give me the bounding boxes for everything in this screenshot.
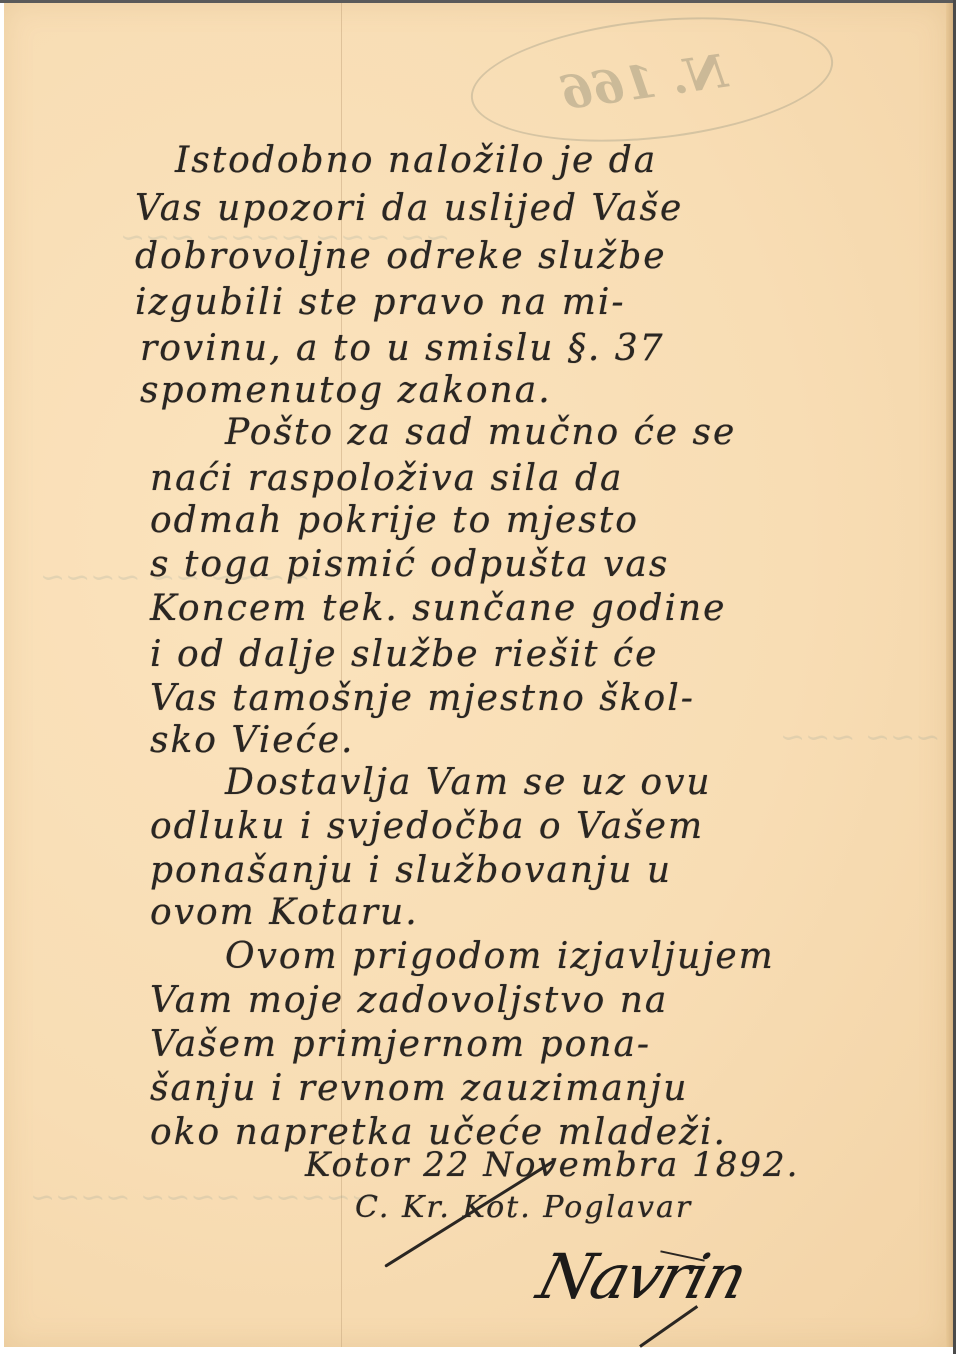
body-line: Pošto za sad mučno će se xyxy=(225,412,736,453)
body-line: Koncem tek. sunčane godine xyxy=(150,588,726,629)
body-line: odmah pokrije to mjesto xyxy=(150,500,639,541)
body-line: ovom Kotaru. xyxy=(150,892,419,933)
official-title: C. Kr. Kot. Poglavar xyxy=(355,1190,692,1225)
body-line: Vas tamošnje mjestno škol- xyxy=(150,678,695,719)
body-line: Vašem primjernom pona- xyxy=(150,1024,651,1065)
bleed-through-text: ~~~ ~~~ xyxy=(780,720,940,755)
body-line: dobrovoljne odreke službe xyxy=(135,236,667,277)
body-line: Vas upozori da uslijed Vaše xyxy=(135,188,683,229)
body-line: odluku i svjedočba o Vašem xyxy=(150,806,704,847)
body-line: šanju i revnom zauzimanju xyxy=(150,1068,688,1109)
body-line: Vam moje zadovoljstvo na xyxy=(150,980,668,1021)
body-line: i od dalje službe riešit će xyxy=(150,634,658,675)
place-and-date: Kotor 22 Novembra 1892. xyxy=(305,1145,799,1185)
body-line: ponašanju i službovanju u xyxy=(150,850,672,891)
body-line: izgubili ste pravo na mi- xyxy=(135,282,626,323)
bleed-through-text: ~~~~~ ~~~~ ~~~~ xyxy=(30,1180,376,1215)
body-line: Istodobno naložilo je da xyxy=(175,140,657,181)
body-line: Ovom prigodom izjavljujem xyxy=(225,936,775,977)
body-line: spomenutog zakona. xyxy=(140,370,552,411)
body-line: Dostavlja Vam se uz ovu xyxy=(225,762,712,803)
body-line: naći raspoloživa sila da xyxy=(150,458,623,499)
body-line: rovinu, a to u smislu §. 37 xyxy=(140,328,665,369)
signature: Navrin xyxy=(530,1240,753,1313)
body-line: sko Vieće. xyxy=(150,720,355,761)
body-line: s toga pismić odpušta vas xyxy=(150,544,669,585)
